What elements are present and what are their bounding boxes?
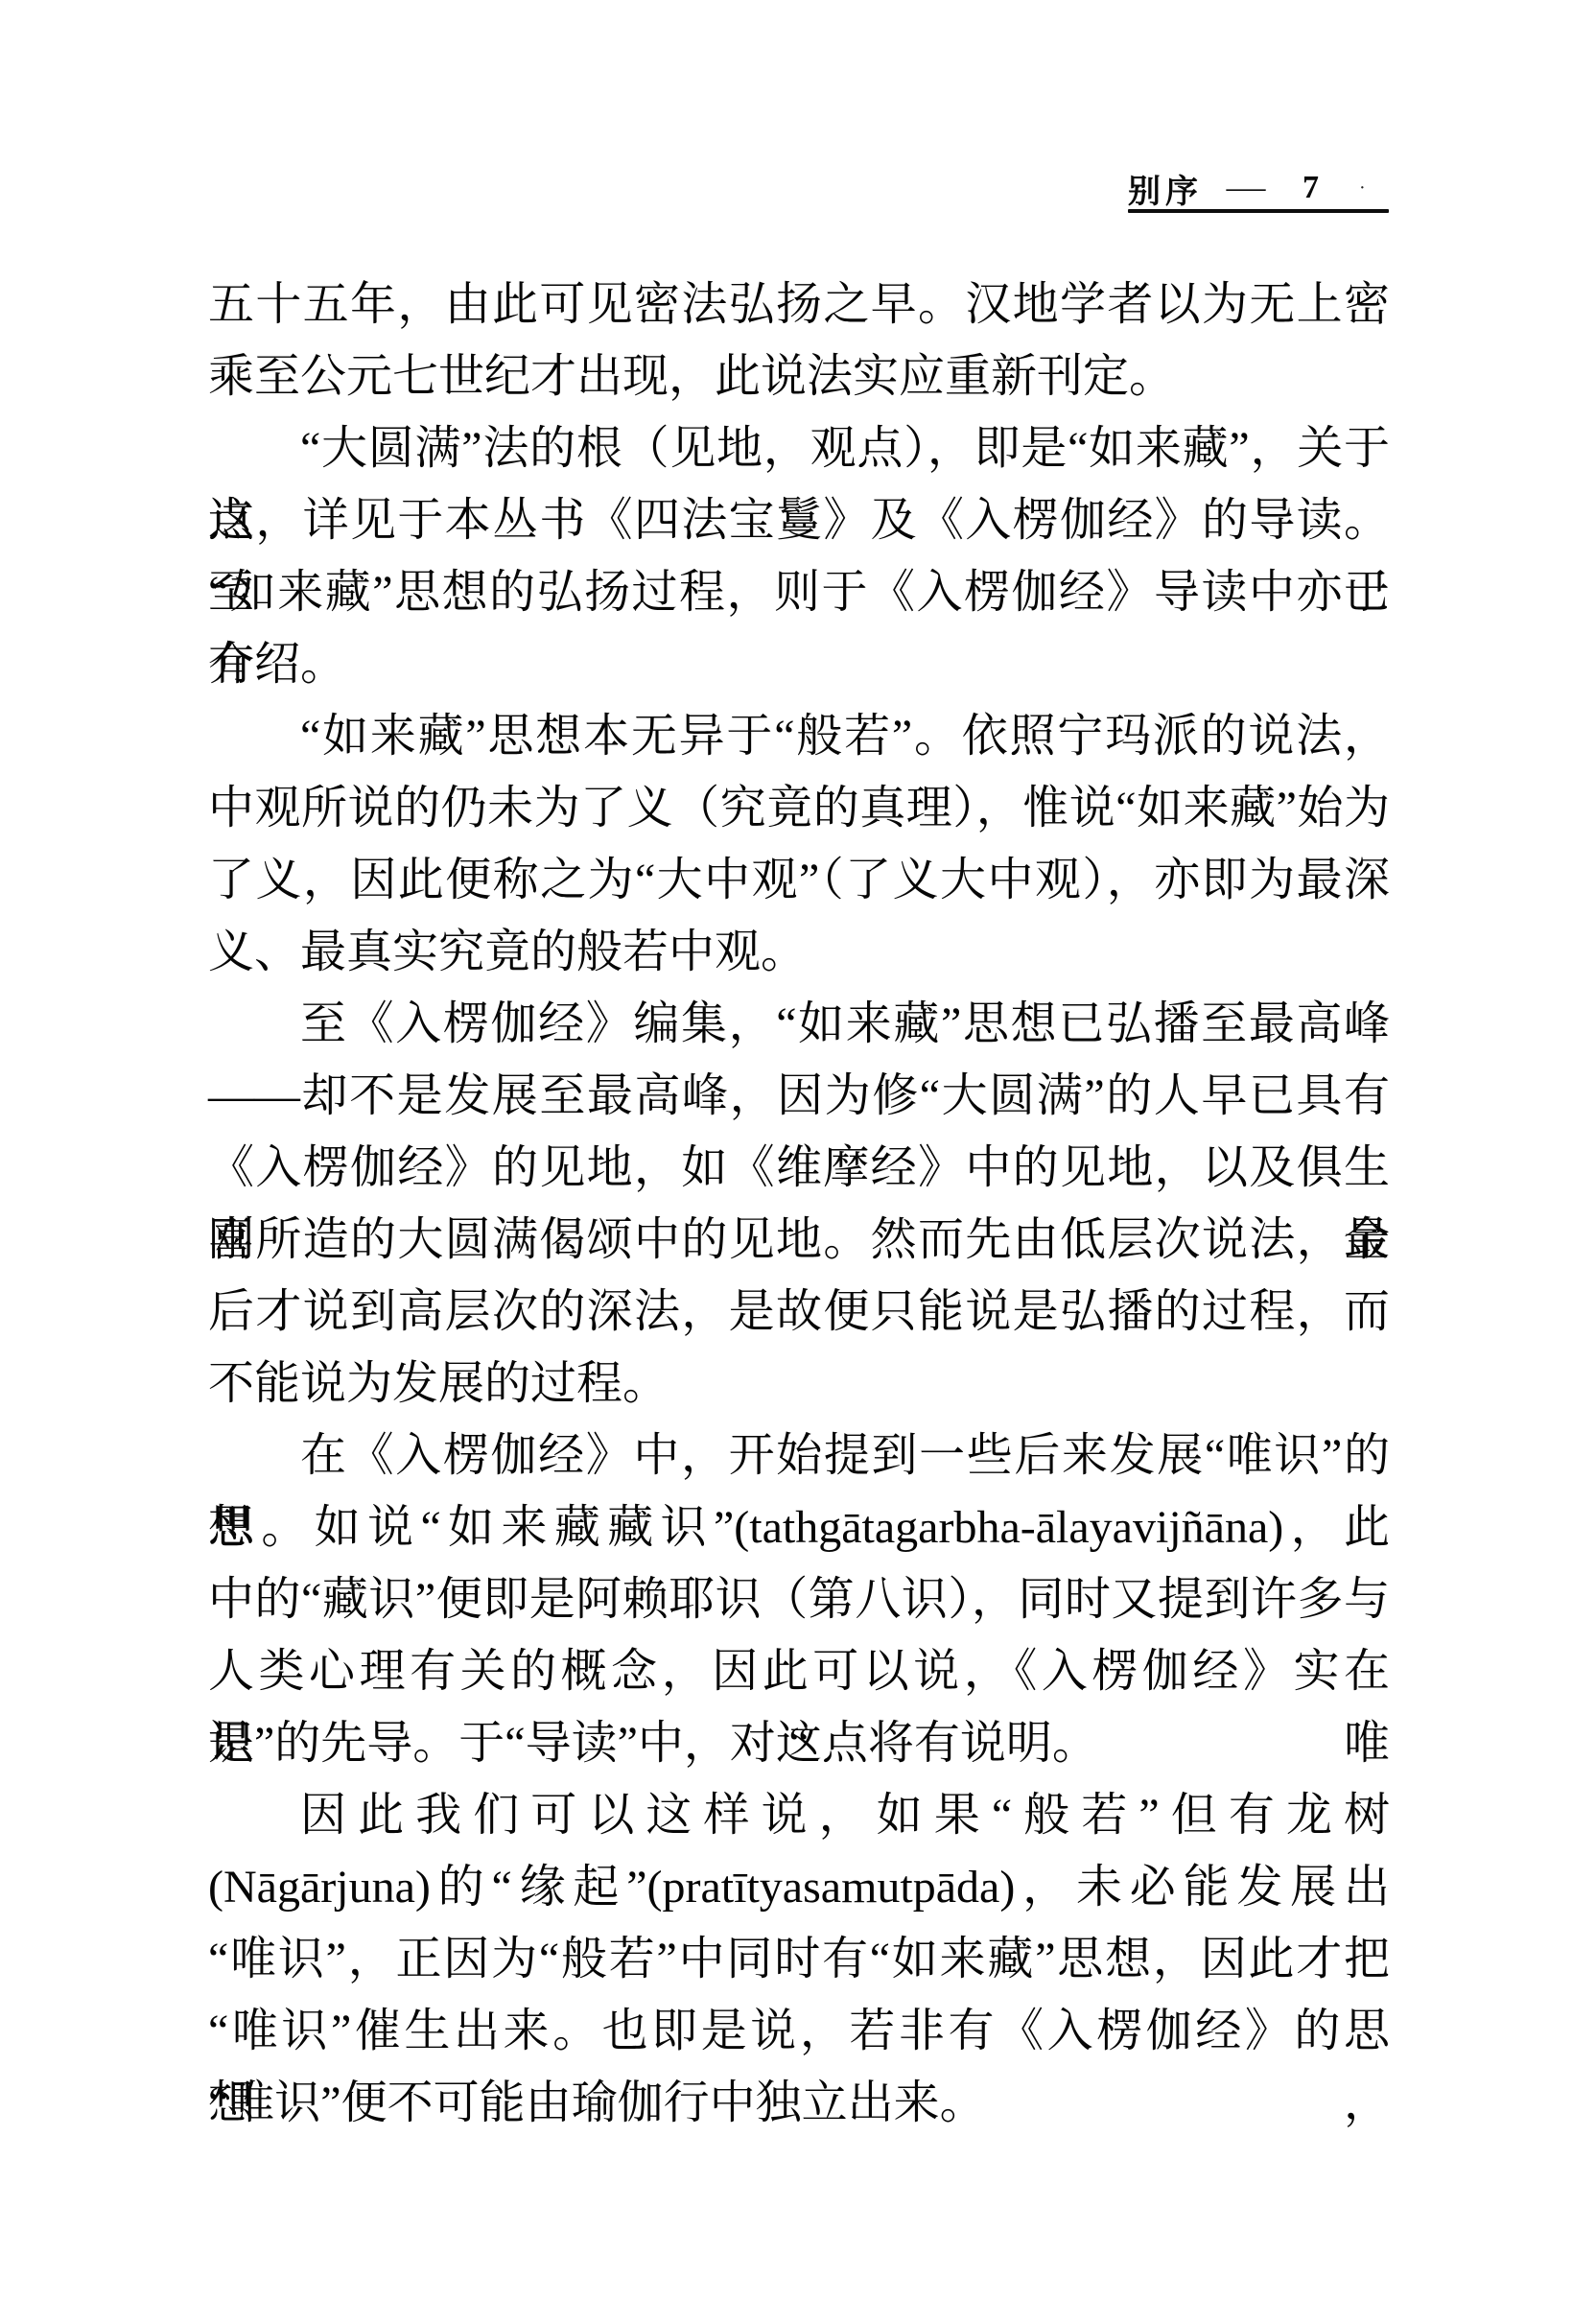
text-line: ——却不是发展至最高峰，因为修“大圆满”的人早已具有 [208,1060,1390,1132]
text-line: 至《入楞伽经》编集，“如来藏”思想已弘播至最高峰 [208,988,1390,1060]
body-text: 五十五年，由此可见密法弘扬之早。汉地学者以为无上密乘至公元七世纪才出现，此说法实… [208,269,1390,2139]
header-dash: — [1227,170,1266,206]
scanned-book-page: 别序 — 7 · 五十五年，由此可见密法弘扬之早。汉地学者以为无上密乘至公元七世… [0,0,1596,2301]
text-line: 刚所造的大圆满偈颂中的见地。然而先由低层次说法，最 [208,1204,1390,1276]
text-line: 《入楞伽经》的见地，如《维摩经》中的见地，以及俱生喜金 [208,1132,1390,1204]
text-line: 后才说到高层次的深法，是故便只能说是弘播的过程，而 [208,1276,1390,1348]
text-line: 在《入楞伽经》中，开始提到一些后来发展“唯识”的思 [208,1420,1390,1491]
header-page-number: 7 [1303,170,1319,206]
text-line: “如来藏”思想本无异于“般若”。依照宁玛派的说法， [208,700,1390,772]
text-line: “如来藏”思想的弘扬过程，则于《入楞伽经》导读中亦已有 [208,556,1390,628]
text-line: 了义，因此便称之为“大中观”（了义大中观），亦即为最深 [208,844,1390,916]
text-line: 中观所说的仍未为了义（究竟的真理），惟说“如来藏”始为 [208,772,1390,844]
text-line: 义、最真实究竟的般若中观。 [208,916,1390,988]
text-line: 乘至公元七世纪才出现，此说法实应重新刊定。 [208,340,1390,412]
header-dot-mark: · [1359,177,1366,200]
text-line: “唯识”，正因为“般若”中同时有“如来藏”思想，因此才把 [208,1923,1390,1995]
text-line: 人类心理有关的概念，因此可以说，《入楞伽经》实在是“唯 [208,1635,1390,1707]
page-header: 别序 — 7 · [1128,169,1366,207]
text-line: 中的“藏识”便即是阿赖耶识（第八识），同时又提到许多与 [208,1563,1390,1635]
text-line: “唯识”催生出来。也即是说，若非有《入楞伽经》的思想， [208,1995,1390,2067]
text-line: (Nāgārjuna)的“缘起”(pratītyasamutpāda)，未必能发… [208,1851,1390,1923]
text-line: “大圆满”法的根（见地，观点），即是“如来藏”，关于这 [208,412,1390,484]
text-line: 点，详见于本丛书《四法宝鬘》及《入楞伽经》的导读。至于 [208,484,1390,556]
header-underline [1128,209,1389,213]
text-line: 介绍。 [208,628,1390,700]
text-line: 五十五年，由此可见密法弘扬之早。汉地学者以为无上密 [208,269,1390,340]
text-line: 想。如说“如来藏藏识”(tathgātagarbha-ālayavijñāna)… [208,1491,1390,1563]
text-line: 因此我们可以这样说，如果“般若”但有龙树 [208,1779,1390,1851]
text-line: 不能说为发展的过程。 [208,1348,1390,1420]
header-section-title: 别序 [1128,165,1203,212]
